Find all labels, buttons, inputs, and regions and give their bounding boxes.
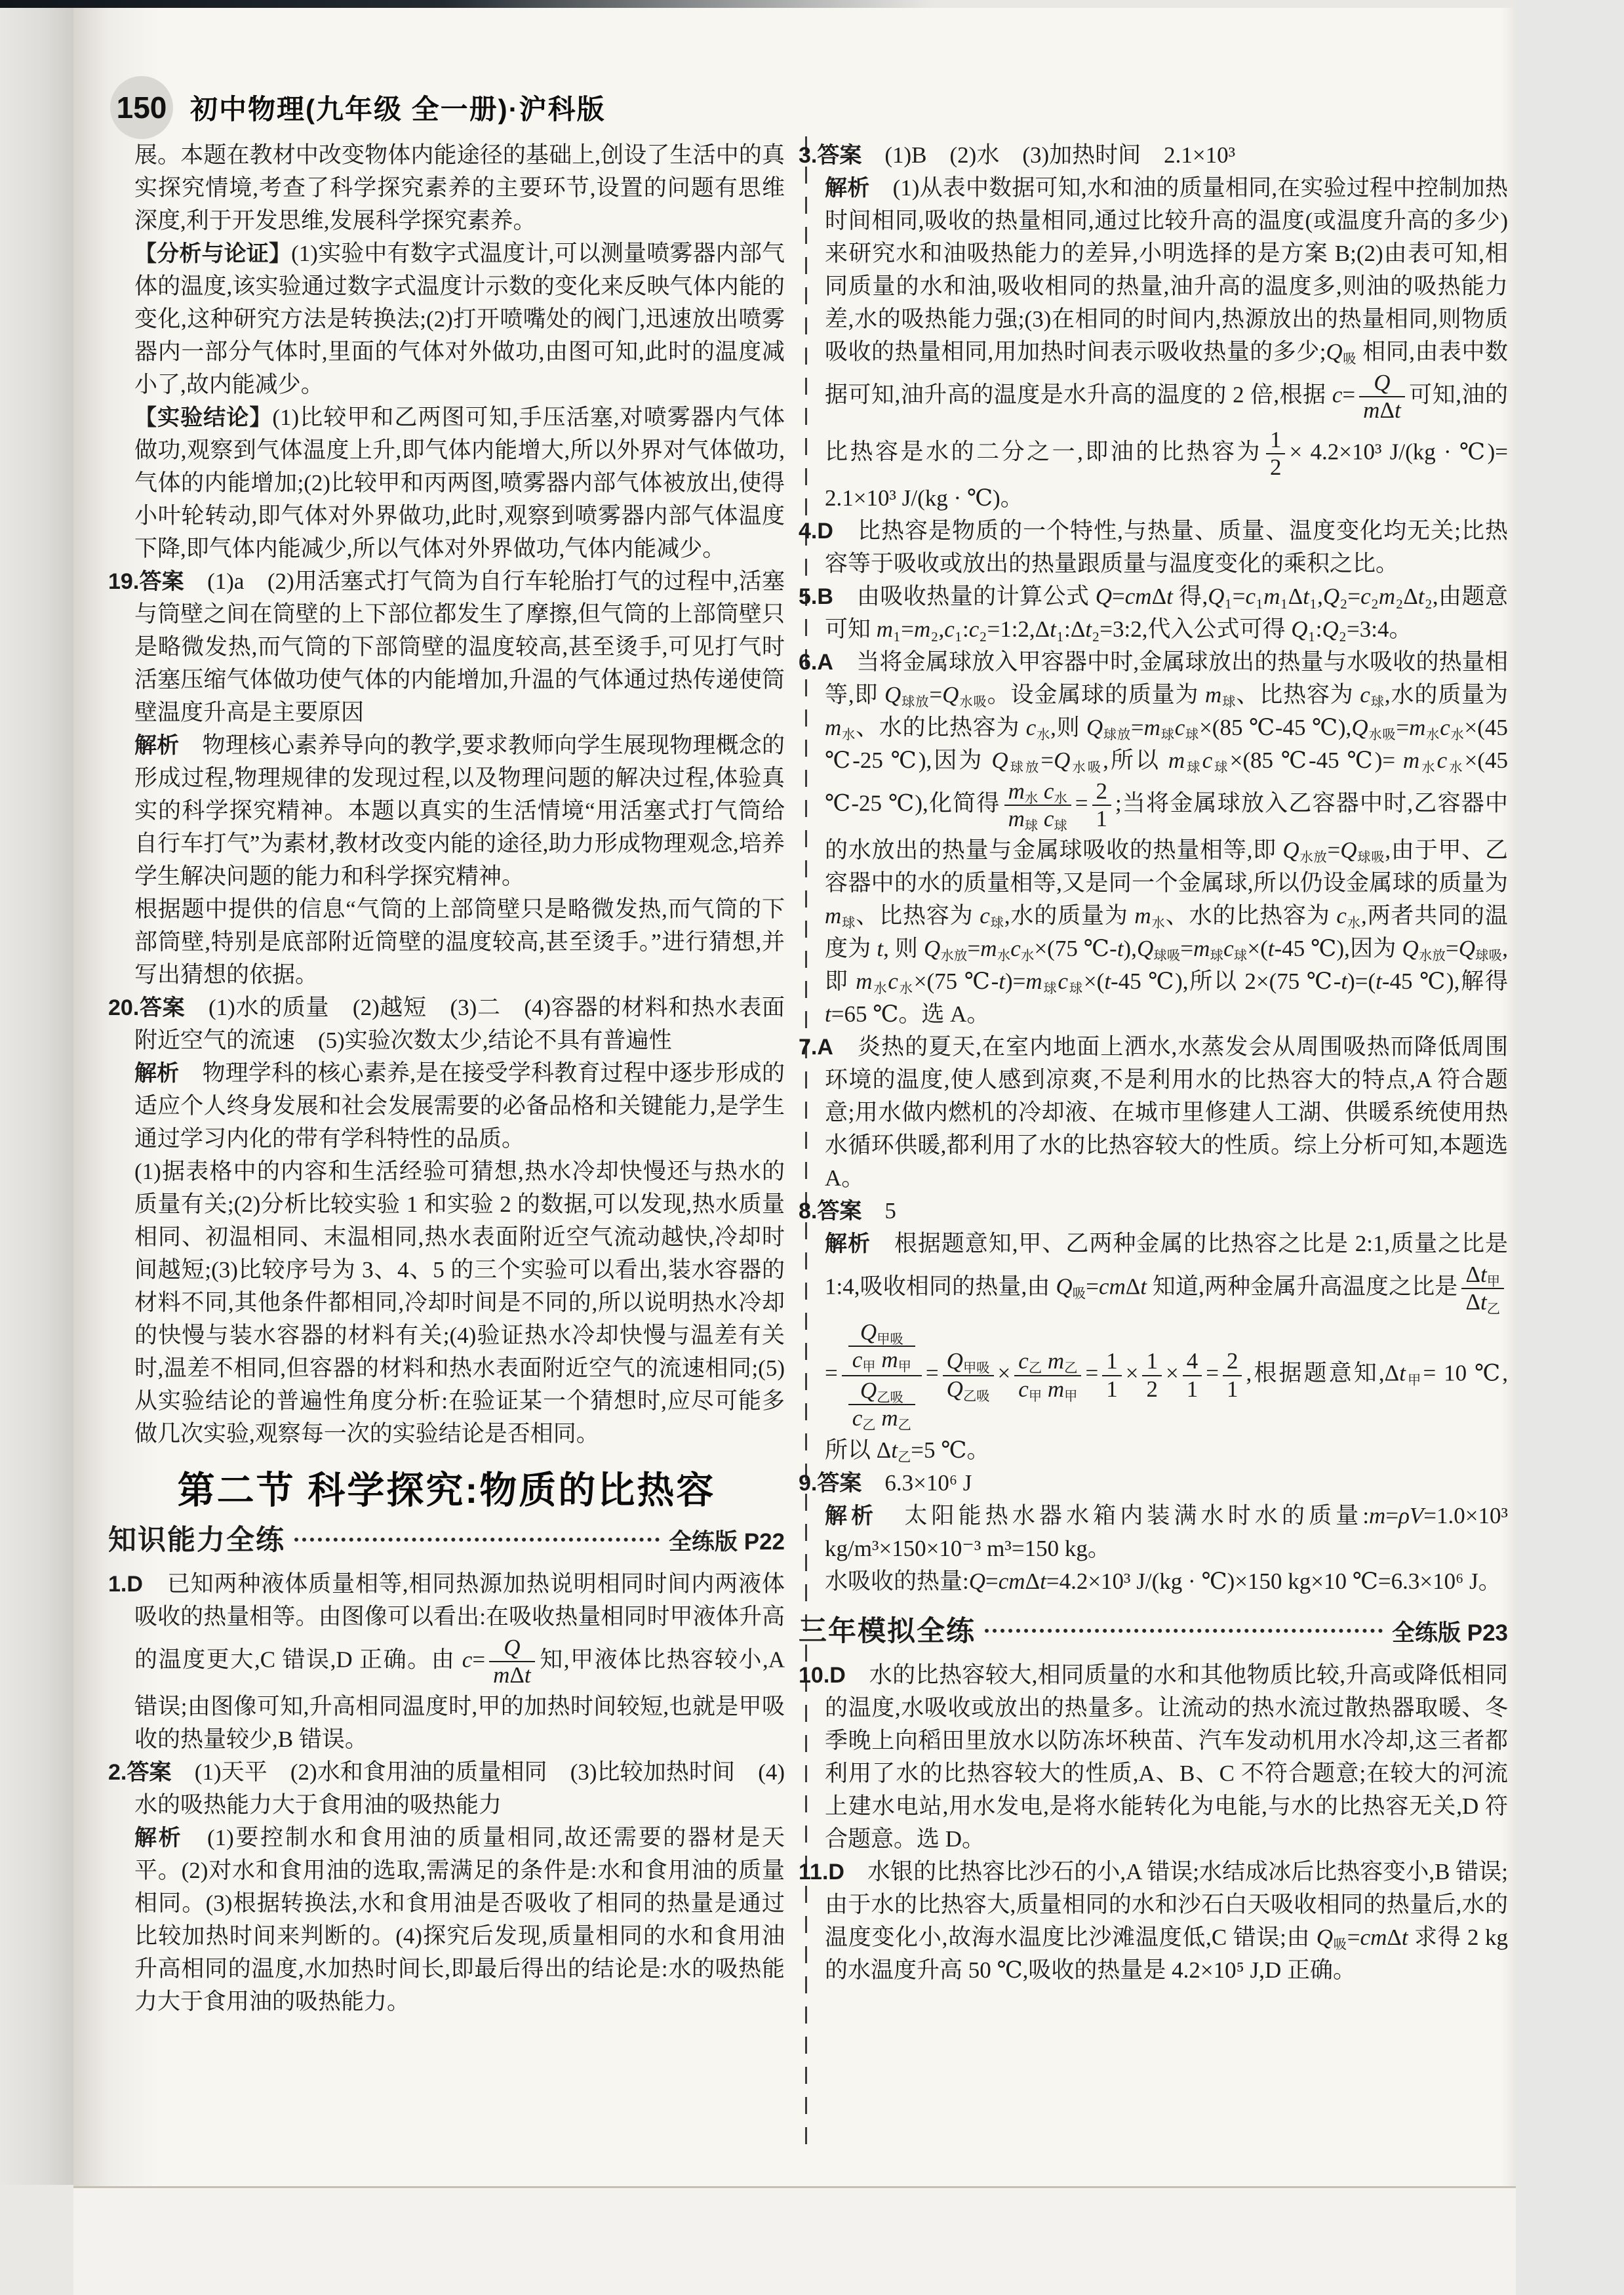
explanation-paragraph: 解析 物理学科的核心素养,是在接受学科教育过程中逐步形成的适应个人终身发展和社会… — [108, 1057, 785, 1155]
mock-practice-header: 三年模拟全练 全练版 P23 — [799, 1615, 1508, 1650]
conclusion-paragraph: 【实验结论】(1)比较甲和乙两图可知,手压活塞,对喷雾器内气体做功,观察到气体温… — [108, 401, 785, 565]
explanation-paragraph: 解析 物理核心素养导向的教学,要求教师向学生展现物理概念的形成过程,物理规律的发… — [108, 729, 785, 893]
answer-item-19: 19.答案 (1)a (2)用活塞式打气筒为自行车轮胎打气的过程中,活塞与筒壁之… — [108, 565, 785, 729]
page-bottom-edge — [73, 2186, 1516, 2295]
left-column: 展。本题在教材中改变物体内能途径的基础上,创设了生活中的真实探究情境,考查了科学… — [108, 139, 785, 2018]
explanation-paragraph: 解析 (1)要控制水和食用油的质量相同,故还需要的器材是天平。(2)对水和食用油… — [108, 1822, 785, 2018]
answer-item-20: 20.答案 (1)水的质量 (2)越短 (3)二 (4)容器的材料和热水表面附近… — [108, 991, 785, 1057]
explanation-paragraph: 解析 根据题意知,甲、乙两种金属的比热容之比是 2:1,质量之比是 1:4,吸收… — [799, 1227, 1508, 1467]
dotted-leader — [985, 1629, 1383, 1633]
dotted-leader — [294, 1538, 660, 1542]
explanation-paragraph: (1)据表格中的内容和生活经验可猜想,热水冷却快慢还与热水的质量有关;(2)分析… — [108, 1155, 785, 1450]
book-spine — [0, 8, 73, 2185]
page-header: 150 初中物理(九年级 全一册)·沪科版 — [110, 77, 606, 138]
explanation-paragraph: 水吸收的热量:Q=cmΔt=4.2×10³ J/(kg · ℃)×150 kg×… — [799, 1565, 1508, 1598]
explanation-paragraph: 展。本题在教材中改变物体内能途径的基础上,创设了生活中的真实探究情境,考查了科学… — [108, 139, 785, 237]
book-title: 初中物理(九年级 全一册)·沪科版 — [190, 88, 606, 127]
practice-header-page-ref: 全练版 P23 — [1392, 1617, 1508, 1650]
section-heading: 第二节 科学探究:物质的比热容 — [108, 1474, 785, 1507]
page-number-badge: 150 — [110, 76, 173, 139]
adjacent-page-edge — [1516, 0, 1624, 2295]
answer-item-2: 2.答案 (1)天平 (2)水和食用油的质量相同 (3)比较加热时间 (4)水的… — [108, 1756, 785, 1822]
analysis-paragraph: 【分析与论证】(1)实验中有数字式温度计,可以测量喷雾器内部气体的温度,该实验通… — [108, 237, 785, 401]
practice-header-title: 三年模拟全练 — [799, 1615, 976, 1648]
answer-item-5: 5.B 由吸收热量的计算公式 Q=cmΔt 得,Q₁=c₁m₁Δt₁,Q₂=c₂… — [799, 580, 1508, 646]
answer-item-11: 11.D 水银的比热容比沙石的小,A 错误;水结成冰后比热容变小,B 错误;由于… — [799, 1856, 1508, 1987]
answer-item-6: 6.A 当将金属球放入甲容器中时,金属球放出的热量与水吸收的热量相等,即 Q球放… — [799, 646, 1508, 1031]
answer-item-4: 4.D 比热容是物质的一个特性,与热量、质量、温度变化均无关;比热容等于吸收或放… — [799, 515, 1508, 580]
answer-item-9: 9.答案 6.3×10⁶ J — [799, 1467, 1508, 1500]
explanation-paragraph: 解析 太阳能热水器水箱内装满水时水的质量:m=ρV=1.0×10³ kg/m³×… — [799, 1500, 1508, 1565]
practice-header-title: 知识能力全练 — [108, 1524, 285, 1557]
answer-item-10: 10.D 水的比热容较大,相同质量的水和其他物质比较,升高或降低相同的温度,水吸… — [799, 1659, 1508, 1856]
explanation-paragraph: 解析 (1)从表中数据可知,水和油的质量相同,在实验过程中控制加热时间相同,吸收… — [799, 172, 1508, 515]
practice-header-page-ref: 全练版 P22 — [669, 1526, 785, 1559]
explanation-paragraph: 根据题中提供的信息“气筒的上部筒壁只是略微发热,而气筒的下部筒壁,特别是底部附近… — [108, 893, 785, 991]
answer-item-7: 7.A 炎热的夏天,在室内地面上洒水,水蒸发会从周围吸热而降低周围环境的温度,使… — [799, 1031, 1508, 1195]
knowledge-practice-header: 知识能力全练 全练版 P22 — [108, 1524, 785, 1559]
answer-item-8: 8.答案 5 — [799, 1195, 1508, 1227]
answer-item-3: 3.答案 (1)B (2)水 (3)加热时间 2.1×10³ — [799, 139, 1508, 172]
answer-item-1: 1.D 已知两种液体质量相等,相同热源加热说明相同时间内两液体吸收的热量相等。由… — [108, 1568, 785, 1756]
right-column: 3.答案 (1)B (2)水 (3)加热时间 2.1×10³ 解析 (1)从表中… — [799, 139, 1508, 1987]
